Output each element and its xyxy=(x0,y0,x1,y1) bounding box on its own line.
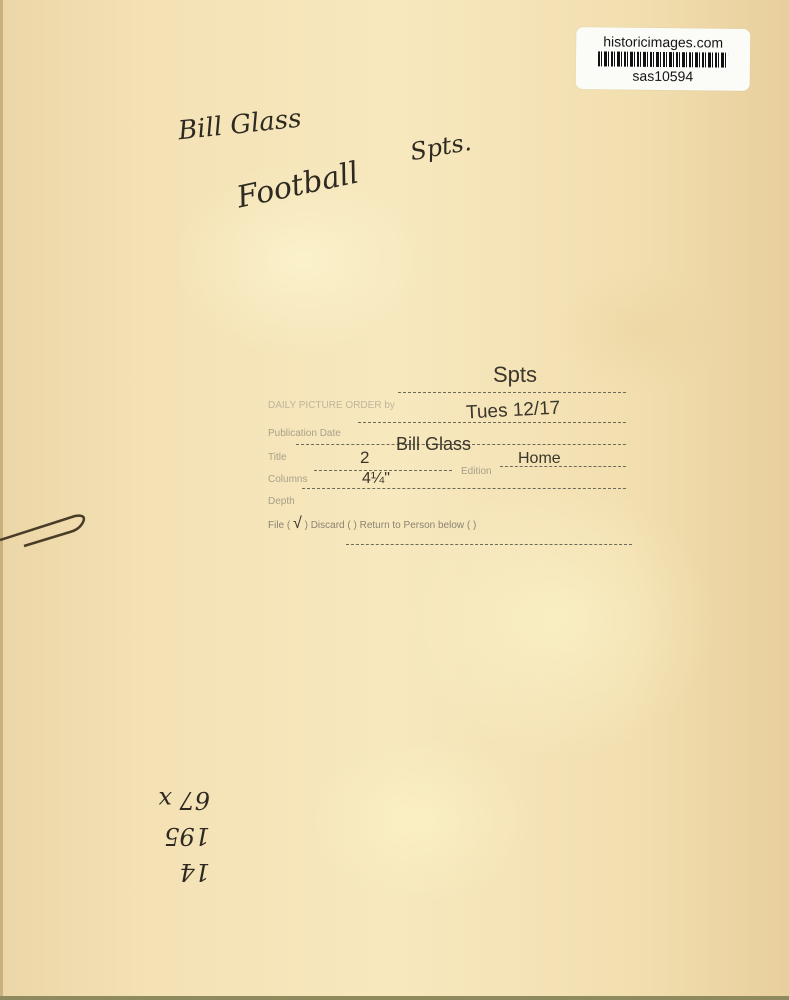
order-line xyxy=(398,392,626,393)
edition-label: Edition xyxy=(461,466,492,477)
file-checkmark: √ xyxy=(293,515,302,532)
columns-label: Columns xyxy=(268,474,307,485)
handwritten-subject: Football xyxy=(234,156,362,216)
upside-note-1: 14 xyxy=(100,854,210,890)
order-label: DAILY PICTURE ORDER by xyxy=(268,400,395,411)
daily-picture-order-stamp: DAILY PICTURE ORDER by Spts Publication … xyxy=(268,360,638,560)
disposition-row: File ( √ ) Discard ( ) Return to Person … xyxy=(268,515,476,533)
upside-note-2: 195 xyxy=(100,818,210,854)
paperclip-mark-icon xyxy=(0,510,90,550)
upside-note-3: 67 x xyxy=(100,782,210,818)
barcode-icon xyxy=(598,51,728,67)
file-label: File ( xyxy=(268,520,290,531)
depth-line xyxy=(302,488,626,489)
title-label: Title xyxy=(268,452,287,463)
discard-option: Discard ( ) xyxy=(311,520,357,531)
title-value: Bill Glass xyxy=(396,434,471,455)
paper-bottom-edge xyxy=(0,996,789,1000)
publication-date-value: Tues 12/17 xyxy=(465,398,560,425)
publication-date-label: Publication Date xyxy=(268,428,341,439)
barcode-label: historicimages.com sas10594 xyxy=(576,27,751,91)
upside-down-notes: 14 195 67 x xyxy=(100,740,210,890)
columns-value: 2 xyxy=(360,448,369,468)
order-value: Spts xyxy=(493,362,537,388)
file-close: ) xyxy=(305,520,308,531)
return-option: Return to Person below ( ) xyxy=(360,520,477,531)
label-code-text: sas10594 xyxy=(576,67,750,85)
handwritten-name: Bill Glass xyxy=(177,104,303,147)
handwritten-section: Spts. xyxy=(408,128,473,166)
edition-value: Home xyxy=(518,450,561,468)
depth-label: Depth xyxy=(268,496,295,507)
person-line xyxy=(346,544,632,545)
paper-left-edge xyxy=(0,0,3,1000)
label-site-text: historicimages.com xyxy=(576,33,750,51)
depth-value: 4¼" xyxy=(362,470,390,488)
